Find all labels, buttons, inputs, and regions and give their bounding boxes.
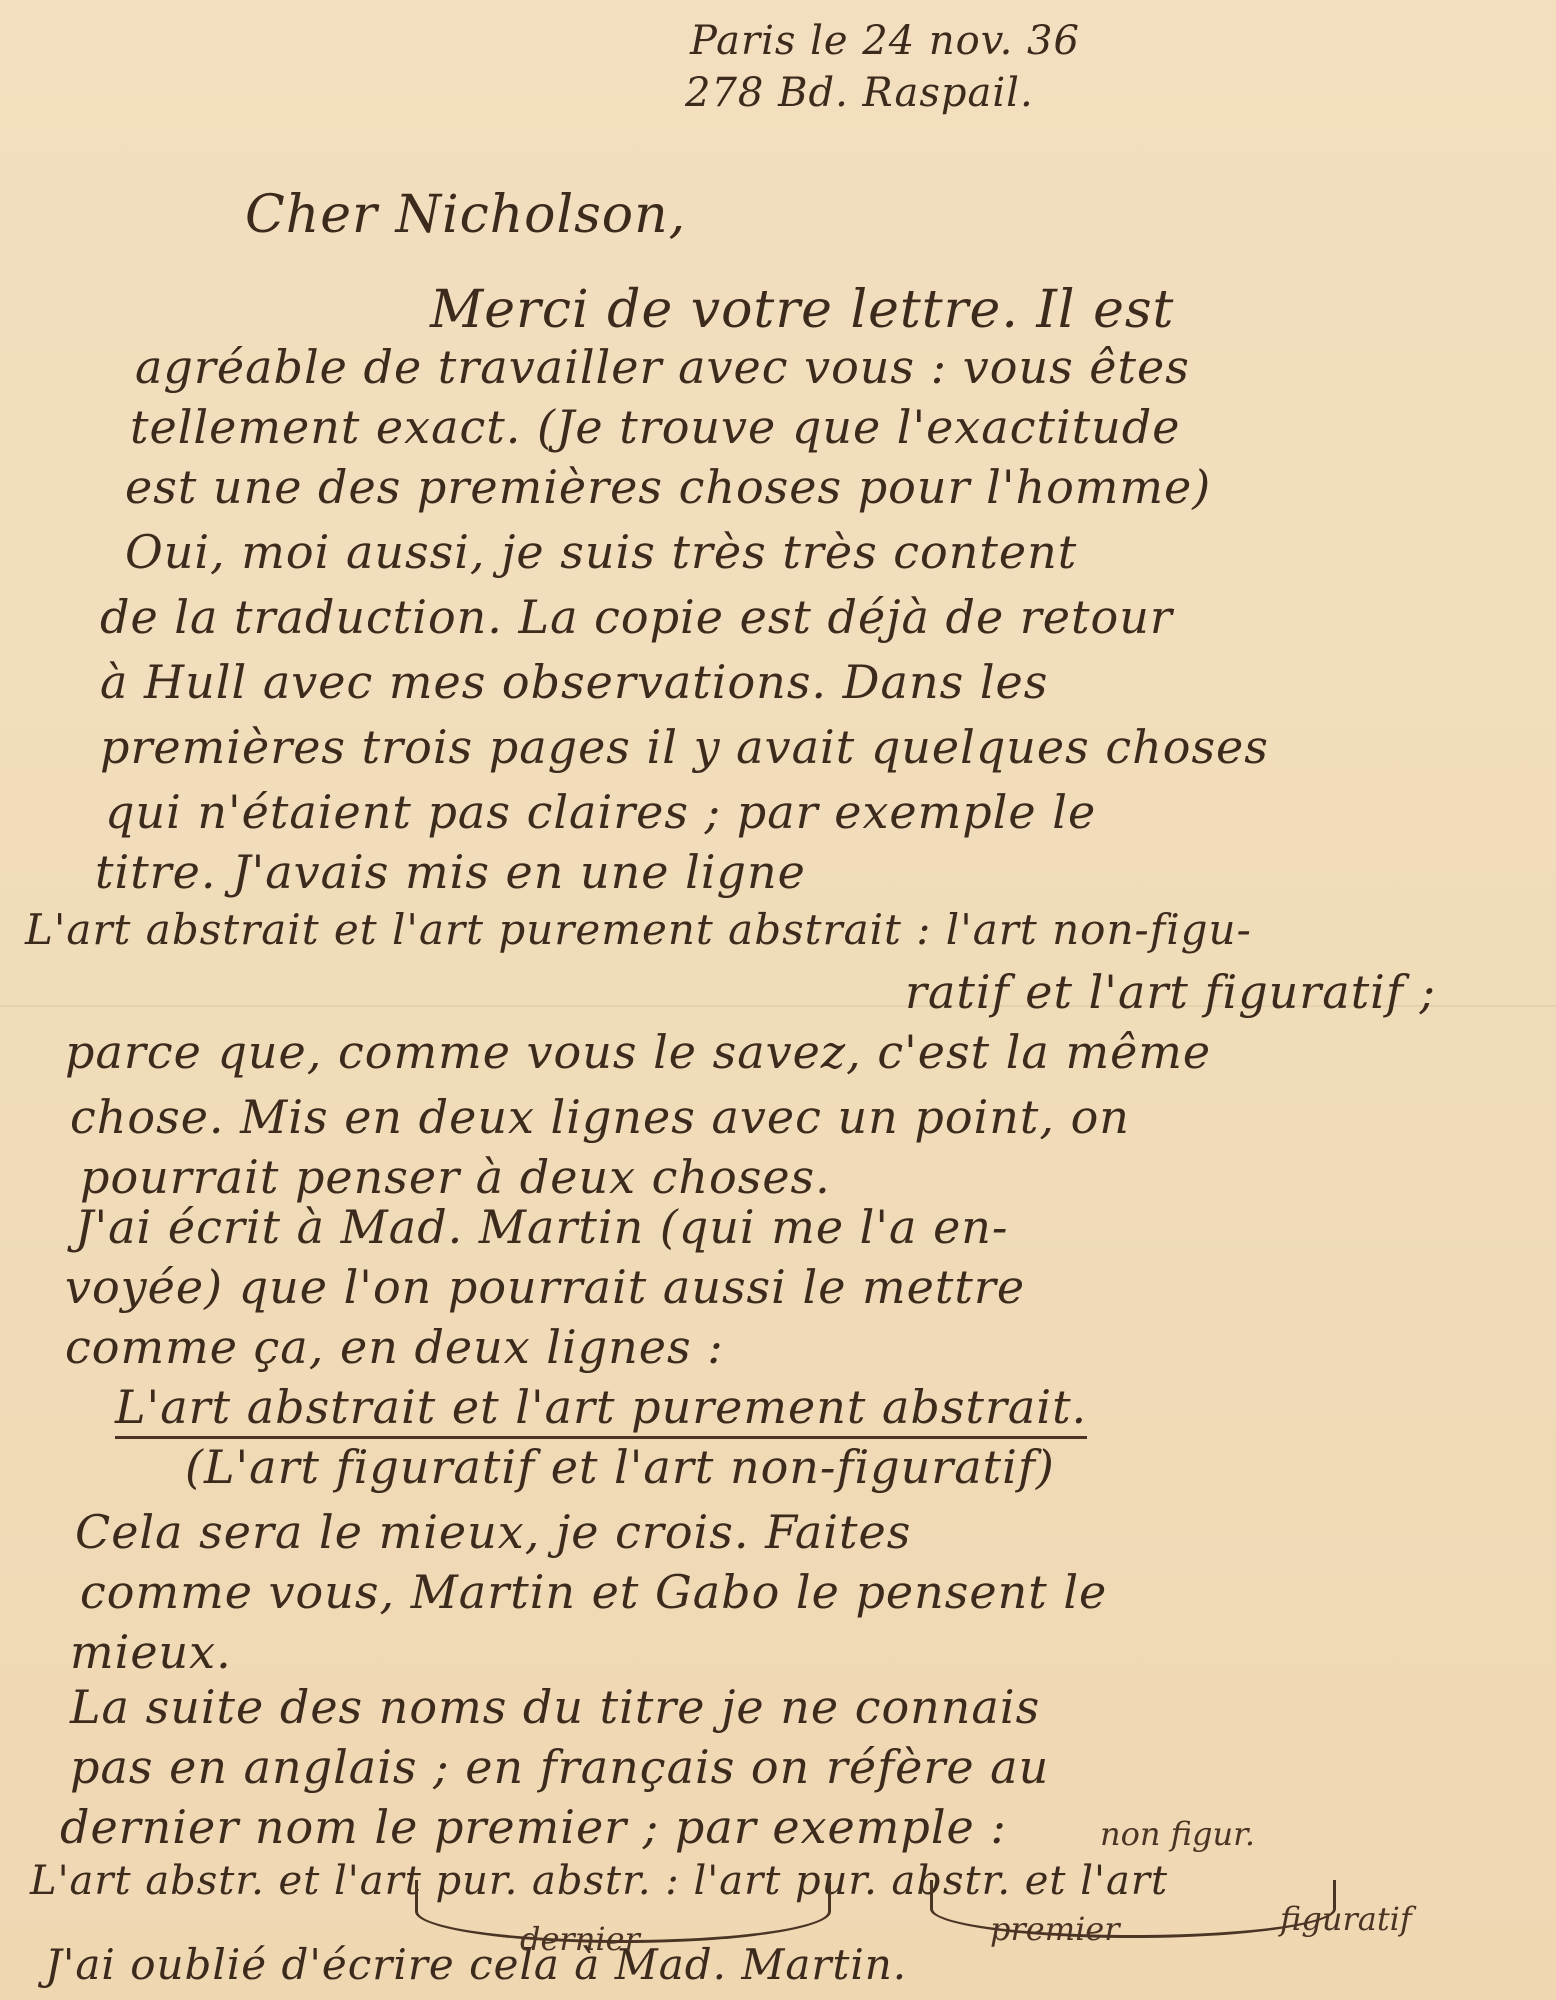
body-line: La suite des noms du titre je ne connais (70, 1680, 1040, 1734)
body-line: Cela sera le mieux, je crois. Faites (75, 1505, 911, 1559)
body-line: Merci de votre lettre. Il est (430, 280, 1174, 340)
letter-date: Paris le 24 nov. 36 (690, 18, 1080, 64)
body-line: comme ça, en deux lignes : (65, 1320, 724, 1374)
body-line: parce que, comme vous le savez, c'est la… (65, 1025, 1211, 1079)
body-line: voyée) que l'on pourrait aussi le mettre (65, 1260, 1025, 1314)
body-line: Oui, moi aussi, je suis très très conten… (125, 525, 1077, 579)
body-line: est une des premières choses pour l'homm… (125, 460, 1211, 514)
body-line: qui n'étaient pas claires ; par exemple … (105, 785, 1096, 839)
letter-address: 278 Bd. Raspail. (685, 70, 1034, 116)
body-line-underlined: L'art abstrait et l'art purement abstrai… (115, 1380, 1087, 1439)
body-line: J'ai écrit à Mad. Martin (qui me l'a en- (75, 1200, 1008, 1254)
body-line: J'ai oublié d'écrire cela à Mad. Martin. (45, 1940, 907, 1989)
annotation-non-figur: non figur. (1100, 1815, 1255, 1853)
body-line: L'art abstrait et l'art purement abstrai… (25, 905, 1252, 954)
body-line: (L'art figuratif et l'art non-figuratif) (185, 1440, 1055, 1494)
body-line: pas en anglais ; en français on réfère a… (70, 1740, 1049, 1794)
salutation: Cher Nicholson, (245, 185, 686, 245)
body-line: agréable de travailler avec vous : vous … (135, 340, 1190, 394)
body-line: tellement exact. (Je trouve que l'exacti… (130, 400, 1180, 454)
body-line: comme vous, Martin et Gabo le pensent le (80, 1565, 1107, 1619)
body-line: pourrait penser à deux choses. (80, 1150, 831, 1204)
body-line: premières trois pages il y avait quelque… (100, 720, 1269, 774)
body-line: mieux. (70, 1625, 232, 1679)
body-line: à Hull avec mes observations. Dans les (100, 655, 1048, 709)
swap-arc-left (415, 1880, 831, 1943)
body-line: de la traduction. La copie est déjà de r… (100, 590, 1173, 644)
body-line: chose. Mis en deux lignes avec un point,… (70, 1090, 1130, 1144)
body-line: titre. J'avais mis en une ligne (95, 845, 806, 899)
body-line: dernier nom le premier ; par exemple : (60, 1800, 1007, 1854)
swap-arc-right (930, 1880, 1336, 1938)
body-line: ratif et l'art figuratif ; (905, 965, 1436, 1019)
